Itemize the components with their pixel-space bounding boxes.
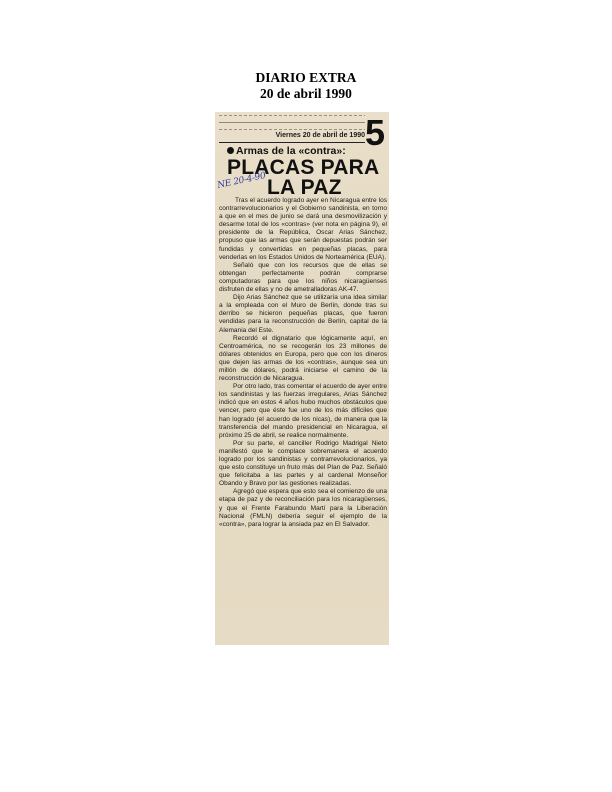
- paragraph: Tras el acuerdo logrado ayer en Nicaragu…: [219, 197, 387, 262]
- paragraph: Dijo Arias Sánchez que se utilizaría una…: [219, 294, 387, 334]
- paragraph: Agregó que espera que esto sea el comien…: [219, 488, 387, 528]
- page-number: 5: [365, 114, 385, 152]
- article-body: Tras el acuerdo logrado ayer en Nicaragu…: [219, 197, 387, 529]
- paragraph: Recordó el dignatario que lógicamente aq…: [219, 335, 387, 384]
- page-header: DIARIO EXTRA 20 de abril 1990: [0, 70, 612, 102]
- divider: [219, 142, 365, 143]
- publication-date: 20 de abril 1990: [0, 86, 612, 102]
- dateline: Viernes 20 de abril de 1990: [255, 132, 365, 139]
- newspaper-clipping: Viernes 20 de abril de 1990 5 Armas de l…: [215, 112, 389, 645]
- paragraph: Por su parte, el canciller Rodrigo Madri…: [219, 440, 387, 489]
- publication-name: DIARIO EXTRA: [0, 70, 612, 86]
- paragraph: Señaló que con los recursos que de ellas…: [219, 262, 387, 294]
- paragraph: Por otro lado, tras comentar el acuerdo …: [219, 383, 387, 440]
- bullet-icon: [227, 147, 234, 154]
